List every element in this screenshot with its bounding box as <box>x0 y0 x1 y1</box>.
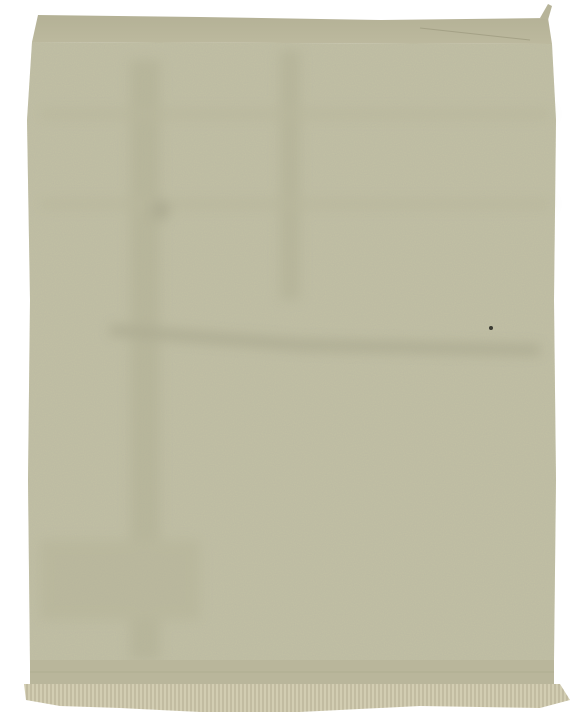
rug <box>0 0 580 727</box>
rug-fringe <box>24 684 570 712</box>
rug-pile <box>27 42 556 664</box>
rug-bottom-band <box>30 660 554 684</box>
rug-top-band <box>32 4 552 44</box>
dark-spot <box>489 326 493 330</box>
photo-canvas <box>0 0 580 727</box>
